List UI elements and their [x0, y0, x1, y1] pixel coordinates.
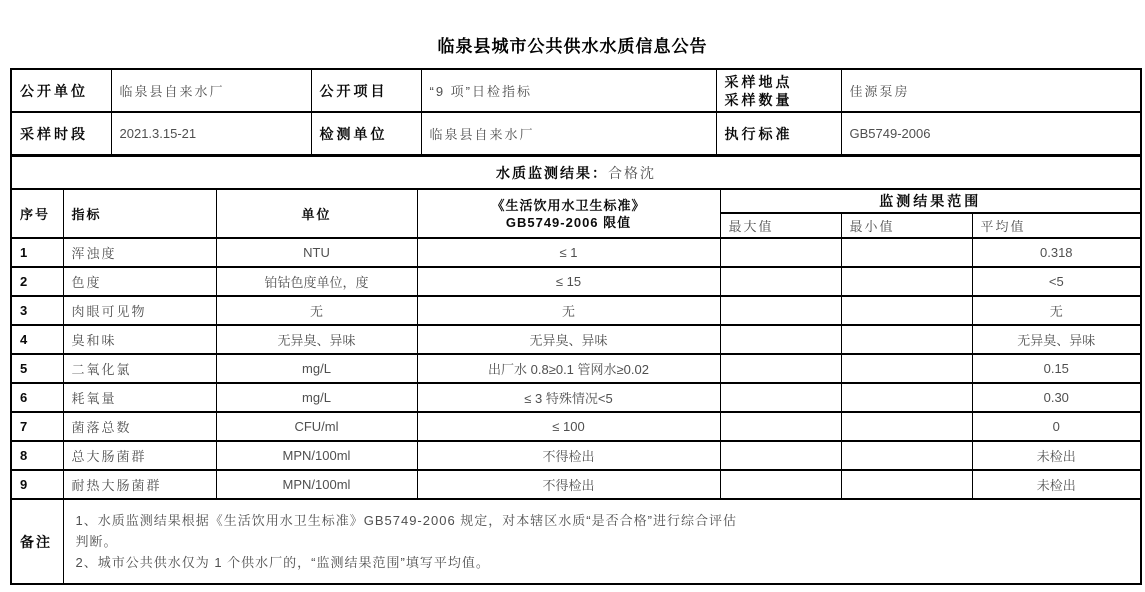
row-unit: mg/L	[216, 354, 417, 383]
row-limit: 无	[417, 296, 720, 325]
table-row: 2 色度 铂钴色度单位，度 ≤ 15 <5	[11, 267, 1141, 296]
row-limit: ≤ 3 特殊情况<5	[417, 383, 720, 412]
result-banner-label: 水质监测结果：	[496, 165, 608, 181]
header-min: 最小值	[841, 213, 972, 238]
header-limit-line1: 《生活饮用水卫生标准》	[426, 197, 712, 214]
remark-text: 1、水质监测结果根据《生活饮用水卫生标准》GB5749-2006 规定，对本辖区…	[63, 499, 1141, 584]
result-banner-cell: 水质监测结果：合格沈	[11, 156, 1141, 189]
table-row: 9 耐热大肠菌群 MPN/100ml 不得检出 未检出	[11, 470, 1141, 499]
testing-unit-value: 临泉县自来水厂	[421, 112, 716, 155]
row-indicator: 色度	[63, 267, 216, 296]
row-min	[841, 354, 972, 383]
row-avg: 无	[972, 296, 1141, 325]
header-range-group: 监测结果范围	[720, 189, 1141, 213]
sampling-site-label: 采样地点 采样数量	[716, 69, 841, 112]
row-max	[720, 412, 841, 441]
row-max	[720, 441, 841, 470]
row-seq: 5	[11, 354, 63, 383]
public-project-label: 公开项目	[311, 69, 421, 112]
row-avg: <5	[972, 267, 1141, 296]
standard-value: GB5749-2006	[841, 112, 1141, 155]
row-indicator: 耐热大肠菌群	[63, 470, 216, 499]
row-min	[841, 470, 972, 499]
row-seq: 4	[11, 325, 63, 354]
row-min	[841, 383, 972, 412]
sampling-period-label: 采样时段	[11, 112, 111, 155]
row-indicator: 总大肠菌群	[63, 441, 216, 470]
row-seq: 6	[11, 383, 63, 412]
row-avg: 未检出	[972, 441, 1141, 470]
row-limit: 无异臭、异味	[417, 325, 720, 354]
row-seq: 9	[11, 470, 63, 499]
row-min	[841, 412, 972, 441]
row-min	[841, 441, 972, 470]
row-max	[720, 325, 841, 354]
table-row: 5 二氧化氯 mg/L 出厂水 0.8≥0.1 管网水≥0.02 0.15	[11, 354, 1141, 383]
row-max	[720, 267, 841, 296]
info-row-2: 采样时段 2021.3.15-21 检测单位 临泉县自来水厂 执行标准 GB57…	[11, 112, 1141, 155]
row-avg: 0.30	[972, 383, 1141, 412]
row-limit: 不得检出	[417, 470, 720, 499]
header-limit: 《生活饮用水卫生标准》 GB5749-2006 限值	[417, 189, 720, 238]
header-indicator: 指标	[63, 189, 216, 238]
public-project-value: “9 项”日检指标	[421, 69, 716, 112]
row-avg: 未检出	[972, 470, 1141, 499]
remark-line-1: 1、水质监测结果根据《生活饮用水卫生标准》GB5749-2006 规定，对本辖区…	[76, 510, 1129, 531]
sampling-site-label-line2: 采样数量	[725, 91, 833, 109]
public-unit-label: 公开单位	[11, 69, 111, 112]
row-unit: 无异臭、异味	[216, 325, 417, 354]
row-avg: 无异臭、异味	[972, 325, 1141, 354]
header-avg: 平均值	[972, 213, 1141, 238]
sampling-site-value: 佳源泵房	[841, 69, 1141, 112]
table-row: 1 浑浊度 NTU ≤ 1 0.318	[11, 238, 1141, 267]
row-indicator: 二氧化氯	[63, 354, 216, 383]
header-seq: 序号	[11, 189, 63, 238]
table-row: 3 肉眼可见物 无 无 无	[11, 296, 1141, 325]
row-max	[720, 383, 841, 412]
row-min	[841, 296, 972, 325]
row-limit: 出厂水 0.8≥0.1 管网水≥0.02	[417, 354, 720, 383]
row-min	[841, 325, 972, 354]
table-row: 4 臭和味 无异臭、异味 无异臭、异味 无异臭、异味	[11, 325, 1141, 354]
row-unit: NTU	[216, 238, 417, 267]
row-max	[720, 296, 841, 325]
standard-label: 执行标准	[716, 112, 841, 155]
row-max	[720, 238, 841, 267]
row-min	[841, 267, 972, 296]
testing-unit-label: 检测单位	[311, 112, 421, 155]
row-avg: 0.318	[972, 238, 1141, 267]
info-row-1: 公开单位 临泉县自来水厂 公开项目 “9 项”日检指标 采样地点 采样数量 佳源…	[11, 69, 1141, 112]
row-limit: 不得检出	[417, 441, 720, 470]
row-unit: 铂钴色度单位，度	[216, 267, 417, 296]
row-avg: 0	[972, 412, 1141, 441]
row-unit: mg/L	[216, 383, 417, 412]
info-header-table: 公开单位 临泉县自来水厂 公开项目 “9 项”日检指标 采样地点 采样数量 佳源…	[10, 68, 1142, 156]
header-max: 最大值	[720, 213, 841, 238]
row-unit: 无	[216, 296, 417, 325]
header-limit-line2: GB5749-2006 限值	[426, 214, 712, 231]
result-banner-value: 合格沈	[608, 165, 656, 181]
row-indicator: 耗氧量	[63, 383, 216, 412]
page-title: 临泉县城市公共供水水质信息公告	[0, 32, 1145, 57]
row-unit: MPN/100ml	[216, 441, 417, 470]
row-unit: MPN/100ml	[216, 470, 417, 499]
row-indicator: 臭和味	[63, 325, 216, 354]
row-indicator: 菌落总数	[63, 412, 216, 441]
row-indicator: 浑浊度	[63, 238, 216, 267]
remark-line-2: 判断。	[76, 531, 1129, 552]
row-seq: 7	[11, 412, 63, 441]
row-seq: 3	[11, 296, 63, 325]
row-seq: 1	[11, 238, 63, 267]
table-row: 8 总大肠菌群 MPN/100ml 不得检出 未检出	[11, 441, 1141, 470]
sampling-site-label-line1: 采样地点	[725, 73, 833, 91]
row-unit: CFU/ml	[216, 412, 417, 441]
row-avg: 0.15	[972, 354, 1141, 383]
remark-line-3: 2、城市公共供水仅为 1 个供水厂的，“监测结果范围”填写平均值。	[76, 552, 1129, 573]
row-max	[720, 354, 841, 383]
row-seq: 2	[11, 267, 63, 296]
remark-label: 备注	[11, 499, 63, 584]
table-header-row-1: 序号 指标 单位 《生活饮用水卫生标准》 GB5749-2006 限值 监测结果…	[11, 189, 1141, 213]
water-quality-table: 水质监测结果：合格沈 序号 指标 单位 《生活饮用水卫生标准》 GB5749-2…	[10, 155, 1142, 585]
public-unit-value: 临泉县自来水厂	[111, 69, 311, 112]
row-seq: 8	[11, 441, 63, 470]
row-min	[841, 238, 972, 267]
result-banner-row: 水质监测结果：合格沈	[11, 156, 1141, 189]
sampling-period-value: 2021.3.15-21	[111, 112, 311, 155]
row-limit: ≤ 100	[417, 412, 720, 441]
header-unit: 单位	[216, 189, 417, 238]
table-row: 7 菌落总数 CFU/ml ≤ 100 0	[11, 412, 1141, 441]
remark-row: 备注 1、水质监测结果根据《生活饮用水卫生标准》GB5749-2006 规定，对…	[11, 499, 1141, 584]
row-indicator: 肉眼可见物	[63, 296, 216, 325]
row-limit: ≤ 15	[417, 267, 720, 296]
row-max	[720, 470, 841, 499]
water-quality-notice-page: 临泉县城市公共供水水质信息公告 公开单位 临泉县自来水厂 公开项目 “9 项”日…	[0, 0, 1145, 592]
table-row: 6 耗氧量 mg/L ≤ 3 特殊情况<5 0.30	[11, 383, 1141, 412]
row-limit: ≤ 1	[417, 238, 720, 267]
